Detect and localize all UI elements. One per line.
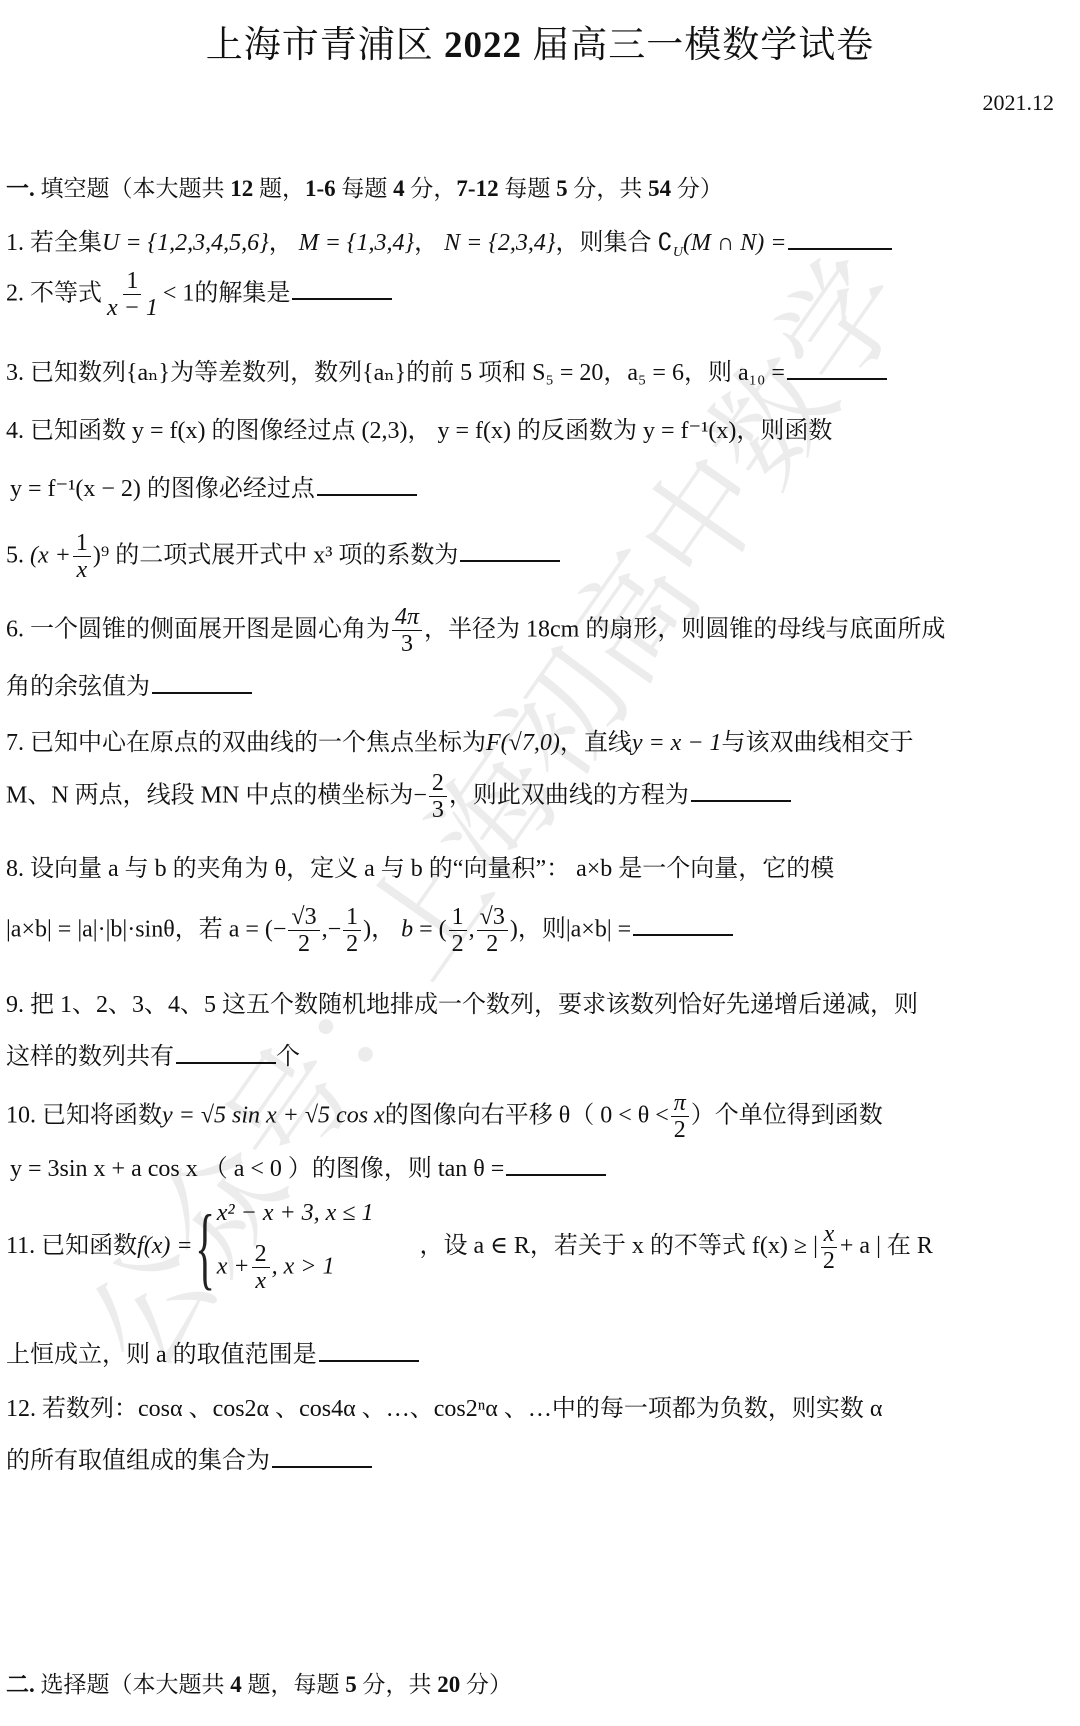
text: 分）: [460, 1672, 512, 1697]
denominator: 2: [820, 1248, 838, 1274]
text: 若数列：cosα 、cos2α 、cos4α 、…、cos2ⁿα 、…中的每一项…: [42, 1396, 882, 1422]
q-num: 12.: [6, 1396, 36, 1422]
text: 的图像向右平移 θ（ 0 < θ <: [385, 1102, 669, 1128]
answer-blank[interactable]: [460, 538, 560, 562]
text: 个: [276, 1044, 300, 1070]
numerator: 1: [73, 530, 91, 557]
denominator: x: [74, 557, 91, 583]
q-num: 2.: [6, 280, 24, 306]
answer-blank[interactable]: [176, 1040, 276, 1064]
denominator: x: [252, 1268, 269, 1294]
question-10-cont: y = 3sin x + a cos x （ a < 0 ）的图像，则 tan …: [10, 1148, 606, 1183]
section1-label: 一.: [6, 176, 35, 201]
page-title: 上海市青浦区 2022 届高三一模数学试卷: [0, 14, 1080, 68]
fraction: x2: [820, 1221, 838, 1275]
text: ，设 a ∈ R，若关于 x 的不等式 f(x) ≥ |: [420, 1233, 818, 1259]
q-num: 8.: [6, 856, 24, 882]
text: 1-6: [305, 176, 336, 201]
math: (x +: [30, 542, 71, 568]
text: （本大题共: [110, 1672, 231, 1697]
math: y = √5 sin x + √5 cos x: [162, 1102, 385, 1128]
math: (M ∩ N) =: [683, 230, 787, 256]
answer-blank[interactable]: [633, 912, 733, 936]
q-num: 1.: [6, 230, 24, 256]
section2-name: 选择题: [41, 1672, 110, 1697]
text: 把 1、2、3、4、5 这五个数随机地排成一个数列，要求该数列恰好先递增后递减，…: [30, 992, 918, 1018]
question-2: 2. 不等式1x − 1< 1的解集是: [6, 268, 392, 322]
text: 不等式: [30, 280, 102, 306]
math: , x > 1: [272, 1253, 335, 1279]
fraction: 4π3: [392, 604, 422, 658]
q-num: 5.: [6, 542, 24, 568]
question-11-cont: 上恒成立，则 a 的取值范围是: [6, 1334, 419, 1369]
text: 5: [345, 1672, 357, 1697]
text: 与该双曲线相交于: [722, 730, 914, 756]
text: 5: [556, 176, 568, 201]
text: + a | 在 R: [840, 1233, 933, 1259]
text: ，则集合: [556, 230, 652, 256]
denominator: 2: [295, 931, 313, 957]
cases: x² − x + 3, x ≤ 1x +2x, x > 1: [217, 1200, 374, 1295]
math: < 1: [163, 280, 195, 306]
text: y = 3sin x + a cos x （ a < 0 ）的图像，则 tan …: [10, 1156, 504, 1182]
q-num: 6.: [6, 616, 24, 642]
section1-name: 填空题: [41, 176, 110, 201]
text: 54: [648, 176, 671, 201]
q-num: 9.: [6, 992, 24, 1018]
numerator: π: [671, 1090, 689, 1117]
fraction: 1x: [73, 530, 91, 584]
title-prefix: 上海市青浦区: [206, 25, 444, 66]
text: ，半径为 18cm 的扇形，则圆锥的母线与底面所成: [424, 616, 945, 642]
text: 这样的数列共有: [6, 1044, 174, 1070]
text: 每题: [336, 176, 394, 201]
question-7-cont: M、N 两点，线段 MN 中点的横坐标为−23，则此双曲线的方程为: [6, 770, 791, 824]
question-6: 6. 一个圆锥的侧面展开图是圆心角为4π3，半径为 18cm 的扇形，则圆锥的母…: [6, 604, 945, 658]
question-4-cont: y = f⁻¹(x − 2) 的图像必经过点: [10, 468, 417, 503]
denominator: 3: [429, 797, 447, 823]
answer-blank[interactable]: [319, 1338, 419, 1362]
denominator: 2: [343, 931, 361, 957]
answer-blank[interactable]: [152, 670, 252, 694]
text: 上恒成立，则 a 的取值范围是: [6, 1342, 317, 1368]
question-6-cont: 角的余弦值为: [6, 666, 252, 701]
math: y = x − 1: [632, 730, 722, 756]
text: 已知数列{aₙ}为等差数列，数列{aₙ}的前 5 项和 S₅ = 20，a₅ =…: [30, 360, 785, 386]
text: |a×b| = |a|·|b|·sinθ，若 a = (−: [6, 916, 286, 942]
q-num: 7.: [6, 730, 24, 756]
q-num: 11.: [6, 1233, 35, 1259]
text: 分，共: [357, 1672, 438, 1697]
question-1: 1. 若全集U = {1,2,3,4,5,6}， M = {1,3,4}， N …: [6, 222, 892, 261]
math: −: [413, 782, 427, 808]
answer-blank[interactable]: [317, 472, 417, 496]
q-num: 10.: [6, 1102, 36, 1128]
case-1: x² − x + 3, x ≤ 1: [217, 1200, 374, 1227]
title-year: 2022: [444, 25, 522, 66]
numerator: 2: [429, 770, 447, 797]
text: 的解集是: [194, 280, 290, 306]
piecewise: {x² − x + 3, x ≤ 1x +2x, x > 1: [193, 1200, 374, 1295]
denominator: x − 1: [104, 295, 161, 321]
text: （本大题共: [110, 176, 231, 201]
text: 20: [437, 1672, 460, 1697]
denominator: 2: [449, 931, 467, 957]
text: ）个单位得到函数: [691, 1102, 883, 1128]
numerator: 2: [252, 1241, 270, 1268]
denominator: 2: [671, 1117, 689, 1143]
text: 12: [230, 176, 253, 201]
question-11: 11. 已知函数f(x) ={x² − x + 3, x ≤ 1x +2x, x…: [6, 1200, 933, 1295]
text: 分，共: [568, 176, 649, 201]
text: 若全集: [30, 230, 102, 256]
math: U = {1,2,3,4,5,6}: [102, 230, 269, 256]
math: )⁹: [93, 542, 109, 568]
numerator: √3: [477, 904, 508, 931]
question-8: 8. 设向量 a 与 b 的夹角为 θ，定义 a 与 b 的“向量积”： a×b…: [6, 848, 834, 883]
text: 分，: [405, 176, 457, 201]
text: ，则|a×b| =: [518, 916, 631, 942]
text: 设向量 a 与 b 的夹角为 θ，定义 a 与 b 的“向量积”： a×b 是一…: [30, 856, 834, 882]
text: 已知函数 y = f(x) 的图像经过点 (2,3)， y = f(x) 的反函…: [30, 418, 832, 444]
fraction: √32: [477, 904, 508, 958]
answer-blank[interactable]: [788, 226, 892, 250]
text: 的所有取值组成的集合为: [6, 1448, 270, 1474]
text: 4: [230, 1672, 242, 1697]
text: ，则此双曲线的方程为: [449, 782, 689, 808]
numerator: 1: [123, 268, 141, 295]
numerator: √3: [288, 904, 319, 931]
question-9-cont: 这样的数列共有个: [6, 1036, 300, 1071]
case-2: x +2x, x > 1: [217, 1241, 374, 1295]
text: y = f⁻¹(x − 2) 的图像必经过点: [10, 476, 315, 502]
fraction: π2: [671, 1090, 689, 1144]
question-12-cont: 的所有取值组成的集合为: [6, 1440, 372, 1475]
answer-blank[interactable]: [506, 1152, 606, 1176]
text: ，: [414, 230, 438, 256]
question-10: 10. 已知将函数y = √5 sin x + √5 cos x的图像向右平移 …: [6, 1090, 883, 1144]
brace: {: [195, 1201, 215, 1293]
answer-blank[interactable]: [787, 356, 887, 380]
exam-date: 2021.12: [983, 90, 1055, 116]
fraction: 12: [449, 904, 467, 958]
numerator: 4π: [392, 604, 422, 631]
answer-blank[interactable]: [292, 276, 392, 300]
question-3: 3. 已知数列{aₙ}为等差数列，数列{aₙ}的前 5 项和 S₅ = 20，a…: [6, 352, 887, 387]
answer-blank[interactable]: [691, 778, 791, 802]
text: 一个圆锥的侧面展开图是圆心角为: [30, 616, 390, 642]
fraction: 12: [343, 904, 361, 958]
title-suffix: 届高三一模数学试卷: [522, 25, 874, 66]
text: 已知将函数: [42, 1102, 162, 1128]
text: 已知中心在原点的双曲线的一个焦点坐标为: [30, 730, 486, 756]
text: 分）: [671, 176, 723, 201]
question-8-cont: |a×b| = |a|·|b|·sinθ，若 a = (−√32,−12)， b…: [6, 904, 733, 958]
text: 每题: [499, 176, 557, 201]
text: ，直线: [560, 730, 632, 756]
q-num: 4.: [6, 418, 24, 444]
numerator: 1: [343, 904, 361, 931]
math: F(√7,0): [486, 730, 560, 756]
text: 的二项式展开式中 x³ 项的系数为: [115, 542, 458, 568]
text: 题，: [253, 176, 305, 201]
fraction: 1x − 1: [104, 268, 161, 322]
question-12: 12. 若数列：cosα 、cos2α 、cos4α 、…、cos2ⁿα 、…中…: [6, 1388, 882, 1423]
numerator: x: [821, 1221, 838, 1248]
section1-heading: 一. 填空题（本大题共 12 题，1-6 每题 4 分，7-12 每题 5 分，…: [6, 170, 723, 203]
answer-blank[interactable]: [272, 1444, 372, 1468]
math: M = {1,3,4}: [299, 230, 414, 256]
complement-symbol: ∁: [658, 230, 673, 256]
math: x +: [217, 1253, 250, 1279]
text: ，: [269, 230, 293, 256]
text: 4: [393, 176, 405, 201]
q-num: 3.: [6, 360, 24, 386]
fraction: √32: [288, 904, 319, 958]
denominator: 3: [398, 631, 416, 657]
numerator: 1: [449, 904, 467, 931]
section2-heading: 二. 选择题（本大题共 4 题，每题 5 分，共 20 分）: [6, 1666, 512, 1699]
denominator: 2: [483, 931, 501, 957]
fraction: 2x: [252, 1241, 270, 1295]
math: N = {2,3,4}: [444, 230, 555, 256]
text: M、N 两点，线段 MN 中点的横坐标为: [6, 782, 413, 808]
section2-label: 二.: [6, 1672, 35, 1697]
text: 7-12: [456, 176, 498, 201]
question-5: 5. (x +1x)⁹ 的二项式展开式中 x³ 项的系数为: [6, 530, 560, 584]
question-9: 9. 把 1、2、3、4、5 这五个数随机地排成一个数列，要求该数列恰好先递增后…: [6, 984, 918, 1019]
math: U: [673, 245, 683, 260]
question-4: 4. 已知函数 y = f(x) 的图像经过点 (2,3)， y = f(x) …: [6, 410, 832, 445]
text: 角的余弦值为: [6, 674, 150, 700]
text: 已知函数: [41, 1233, 137, 1259]
fraction: 23: [429, 770, 447, 824]
text: 题，每题: [242, 1672, 346, 1697]
question-7: 7. 已知中心在原点的双曲线的一个焦点坐标为F(√7,0)，直线y = x − …: [6, 722, 914, 757]
math: f(x) =: [137, 1233, 193, 1259]
